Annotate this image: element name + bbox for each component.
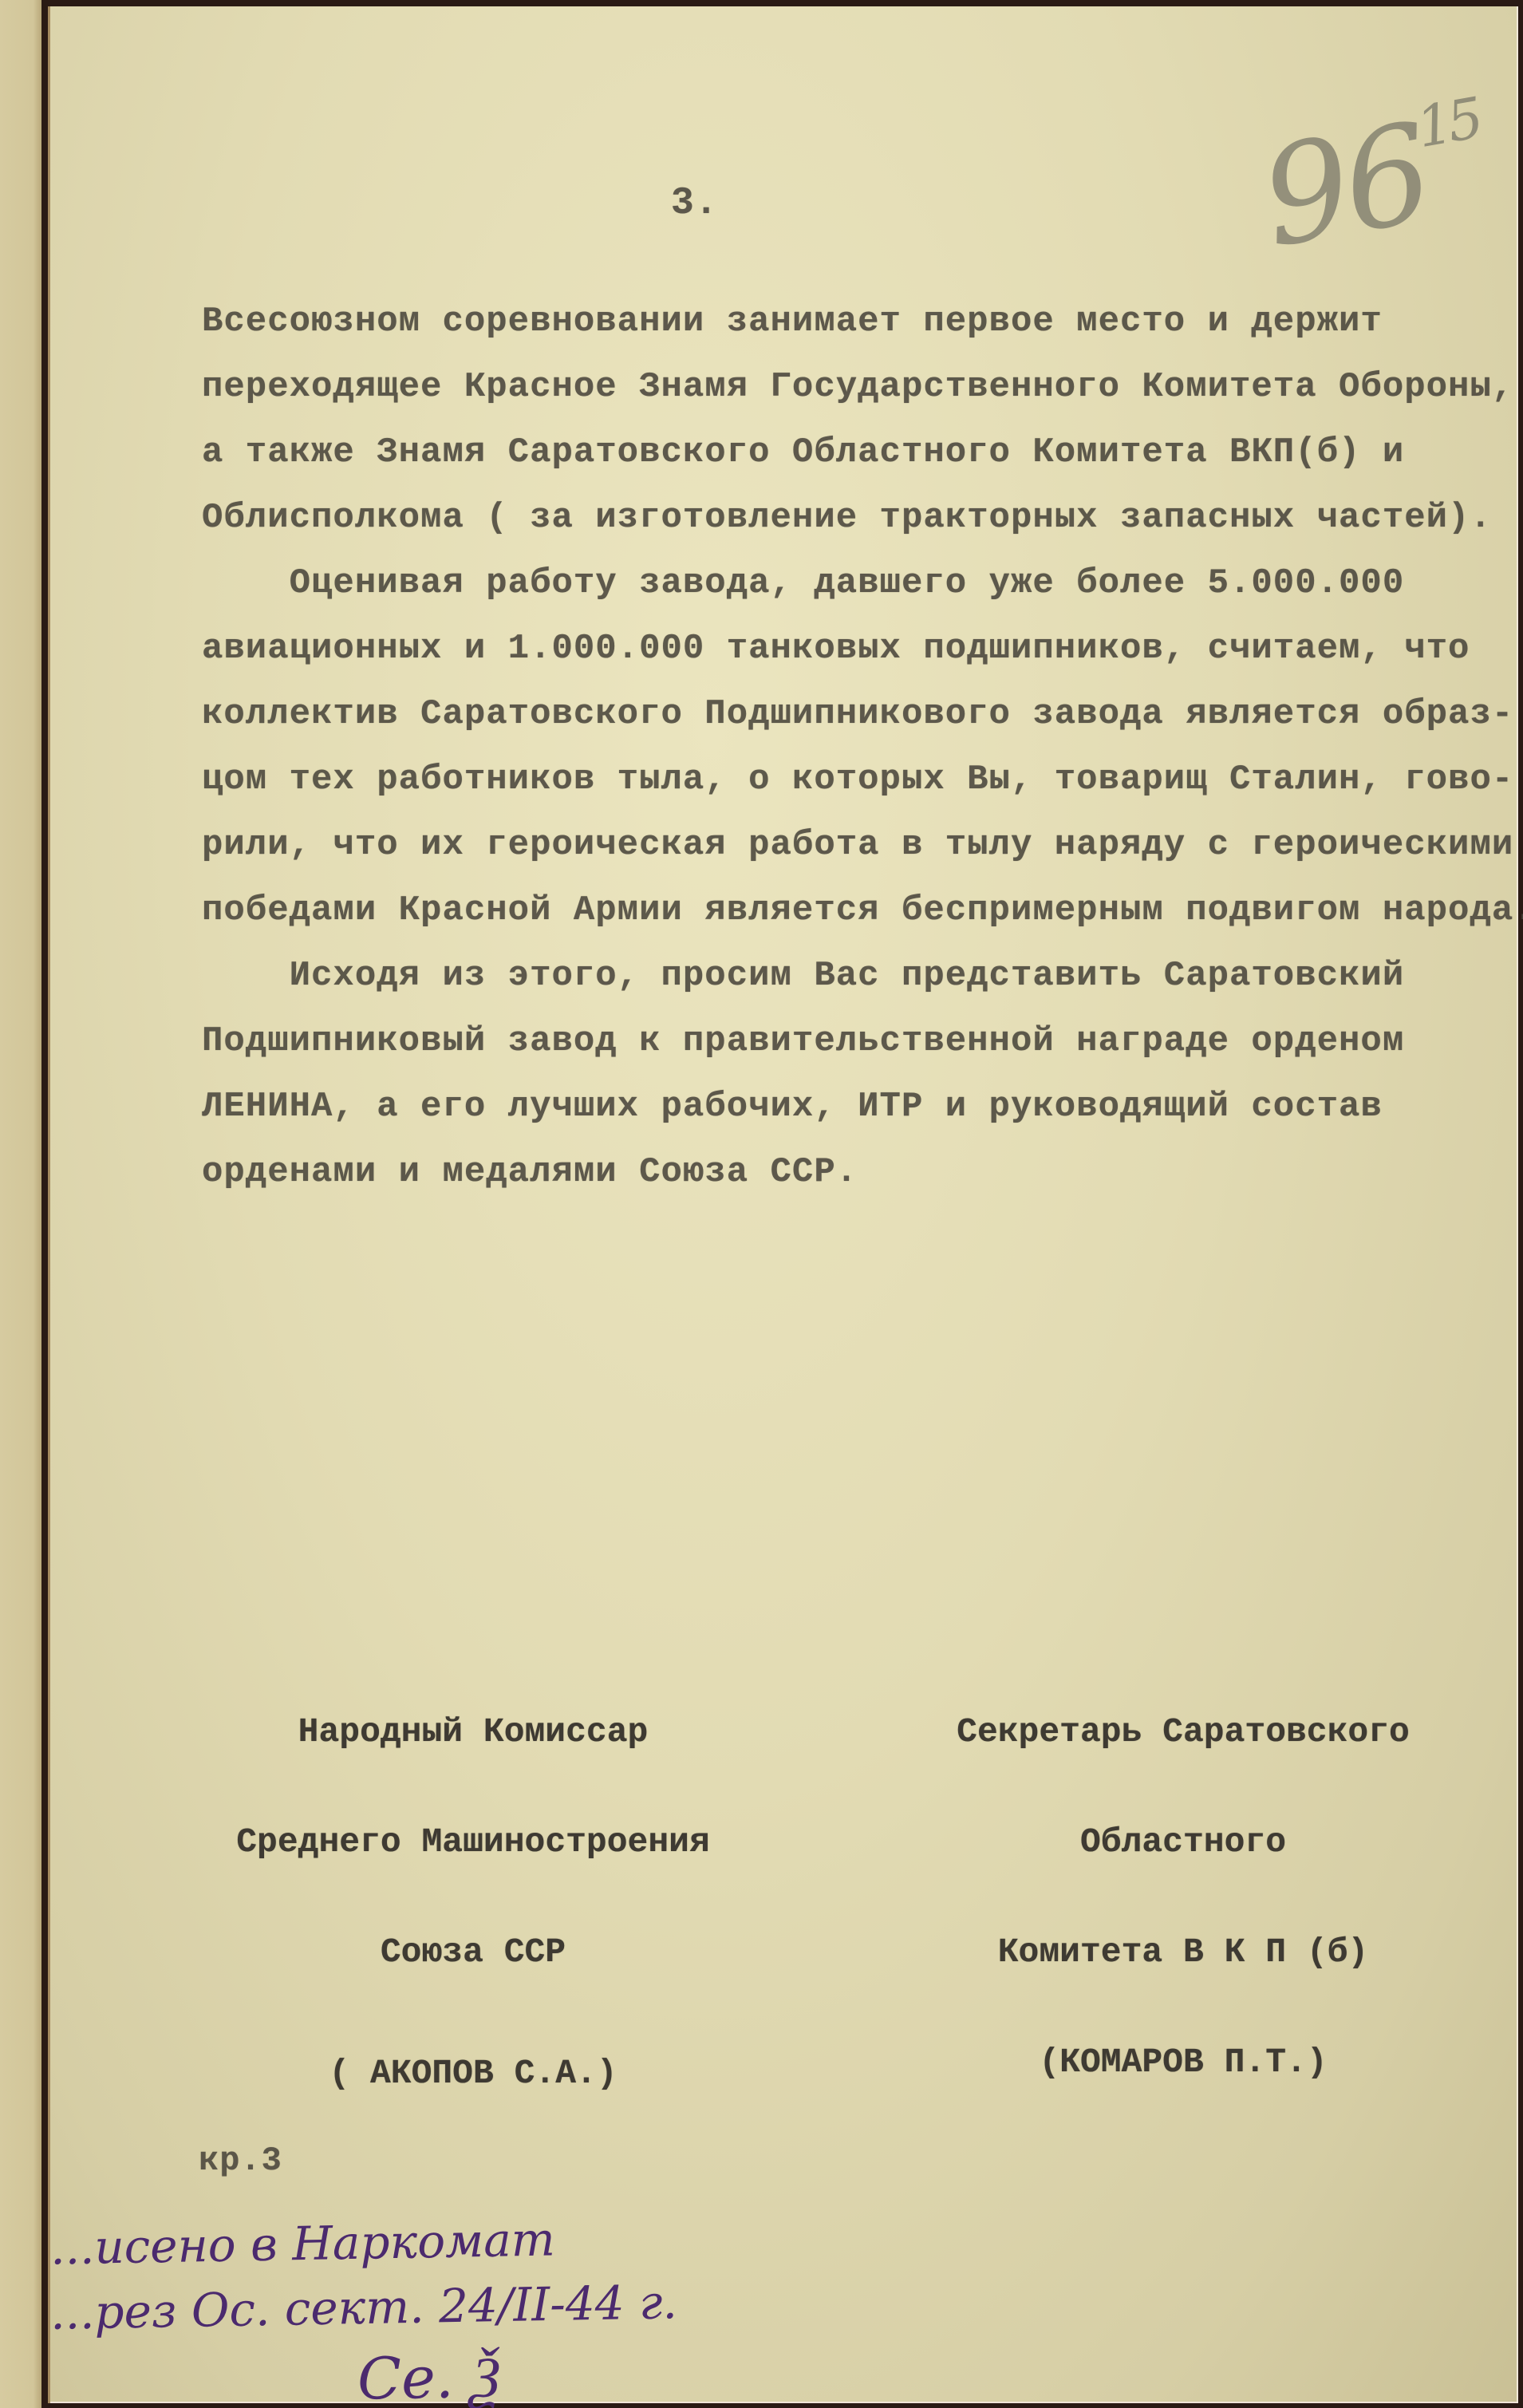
body-line: а также Знамя Саратовского Областного Ко…: [202, 432, 1404, 472]
handwritten-note-line: ...исено в Наркомат: [49, 2212, 555, 2275]
adjacent-page-edge: [0, 0, 41, 2408]
body-line: рили, что их героическая работа в тылу н…: [202, 825, 1513, 865]
copies-note: кр.3: [199, 2142, 282, 2180]
signatory-title-line: Народный Комиссар: [186, 1714, 760, 1751]
signatory-name: ( АКОПОВ С.А.): [186, 2055, 760, 2092]
body-line: ЛЕНИНА, а его лучших рабочих, ИТР и руко…: [202, 1087, 1383, 1127]
body-line: Исходя из этого, просим Вас представить …: [202, 956, 1404, 996]
signatory-title-line: Союза ССР: [186, 1934, 760, 1971]
body-line: орденами и медалями Союза ССР.: [202, 1152, 858, 1192]
signatory-title-line: Комитета В К П (б): [896, 1934, 1470, 1971]
signatory-name: (КОМАРОВ П.Т.): [896, 2044, 1470, 2081]
body-line: Всесоюзном соревновании занимает первое …: [202, 302, 1383, 341]
signature-block-commissar: Народный Комиссар Среднего Машиностроени…: [186, 1640, 760, 2165]
body-line: Оценивая работу завода, давшего уже боле…: [202, 563, 1404, 603]
signature-block-secretary: Секретарь Саратовского Областного Комите…: [896, 1640, 1470, 2154]
signatory-title-line: Секретарь Саратовского: [896, 1714, 1470, 1751]
archive-sheet-number: 9615: [1251, 84, 1500, 278]
body-line: цом тех работников тыла, о которых Вы, т…: [202, 760, 1513, 799]
body-line: Облисполкома ( за изготовление тракторны…: [202, 498, 1492, 538]
body-line: Подшипниковый завод к правительственной …: [202, 1021, 1404, 1061]
signatory-title-line: Областного: [896, 1824, 1470, 1861]
handwritten-signature: Се. Ѯ: [357, 2343, 501, 2408]
body-line: авиационных и 1.000.000 танковых подшипн…: [202, 629, 1470, 669]
document-page: 9615 3. Всесоюзном соревновании занимает…: [48, 6, 1518, 2403]
body-line: победами Красной Армии является бесприме…: [202, 890, 1523, 930]
body-line: коллектив Саратовского Подшипникового за…: [202, 694, 1513, 734]
page-number: 3.: [671, 182, 719, 225]
body-line: переходящее Красное Знамя Государственно…: [202, 367, 1513, 407]
handwritten-note-line: ...рез Ос. сект. 24/II-44 г.: [49, 2275, 677, 2340]
signatory-title-line: Среднего Машиностроения: [186, 1824, 760, 1861]
